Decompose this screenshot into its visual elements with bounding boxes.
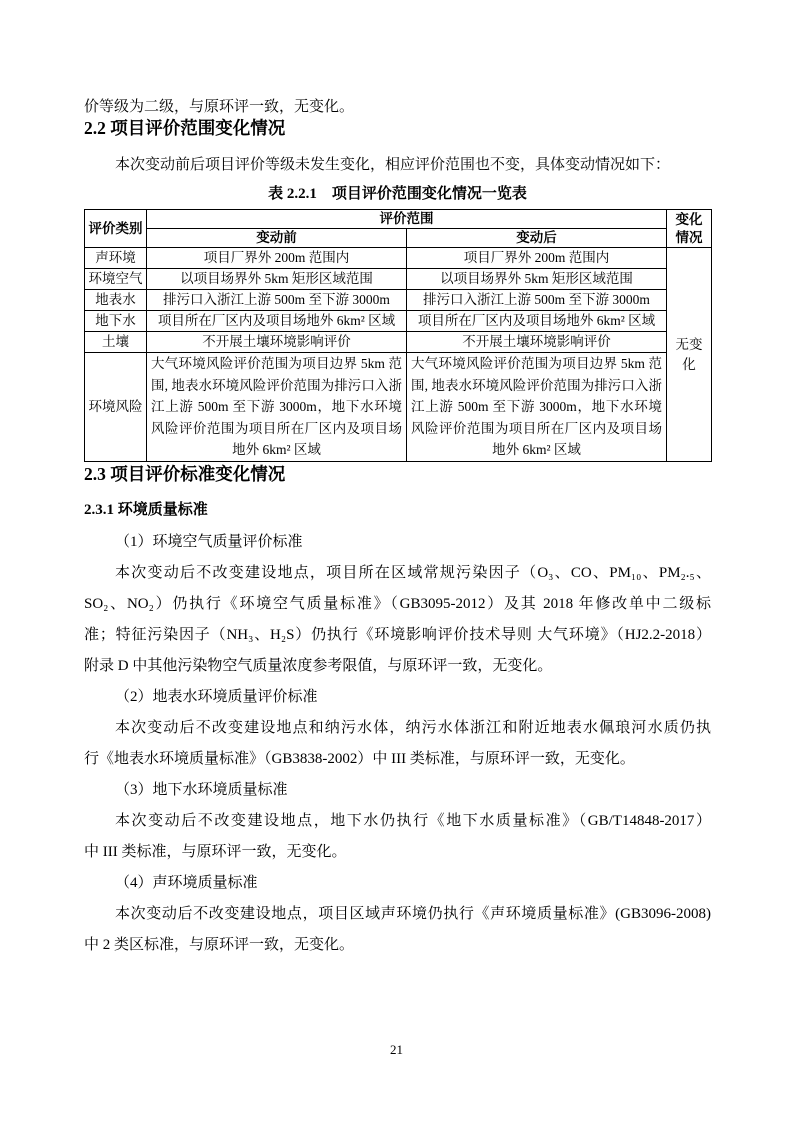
table-row: 环境空气 以项目场界外 5km 矩形区域范围 以项目场界外 5km 矩形区域范围 [85, 269, 712, 290]
standards-text-block: （1）环境空气质量评价标准 本次变动后不改变建设地点，项目所在区域常规污染因子（… [84, 527, 711, 961]
cell-after: 排污口入浙江上游 500m 至下游 3000m [407, 290, 667, 311]
cell-change-status: 无变化 [667, 248, 712, 462]
cell-before: 排污口入浙江上游 500m 至下游 3000m [147, 290, 407, 311]
col-header-change: 变化情况 [667, 210, 712, 248]
section-heading-2-3: 2.3 项目评价标准变化情况 [84, 462, 711, 486]
scope-change-table: 评价类别 评价范围 变化情况 变动前 变动后 声环境 项目厂界外 200m 范围… [84, 209, 712, 462]
table-header-row-2: 变动前 变动后 [85, 229, 712, 248]
item-3-heading: （3）地下水环境质量标准 [84, 775, 711, 806]
table-row: 声环境 项目厂界外 200m 范围内 项目厂界外 200m 范围内 无变化 [85, 248, 712, 269]
table-row: 土壤 不开展土壤环境影响评价 不开展土壤环境影响评价 [85, 332, 712, 353]
row-category: 环境空气 [85, 269, 147, 290]
item-2-heading: （2）地表水环境质量评价标准 [84, 682, 711, 713]
paragraph-line: 中 2 类区标准，与原环评一致，无变化。 [84, 930, 711, 961]
subsection-heading-2-3-1: 2.3.1 环境质量标准 [84, 498, 711, 522]
paragraph-line: 准；特征污染因子（NH₃、H₂S）仍执行《环境影响评价技术导则 大气环境》（HJ… [84, 620, 711, 651]
cell-before: 项目厂界外 200m 范围内 [147, 248, 407, 269]
paragraph-line: 本次变动后不改变建设地点，项目所在区域常规污染因子（O₃、CO、PM₁₀、PM₂… [84, 558, 711, 589]
document-page: 价等级为二级，与原环评一致，无变化。 2.2 项目评价范围变化情况 本次变动前后… [0, 0, 793, 1122]
paragraph-line: SO₂、NO₂）仍执行《环境空气质量标准》（GB3095-2012）及其 201… [84, 589, 711, 620]
carryover-paragraph-line: 价等级为二级，与原环评一致，无变化。 [84, 98, 711, 116]
col-header-category: 评价类别 [85, 210, 147, 248]
col-header-scope: 评价范围 [147, 210, 667, 229]
table-row: 地表水 排污口入浙江上游 500m 至下游 3000m 排污口入浙江上游 500… [85, 290, 712, 311]
paragraph-line: 行《地表水环境质量标准》（GB3838-2002）中 III 类标准，与原环评一… [84, 744, 711, 775]
row-category: 土壤 [85, 332, 147, 353]
paragraph-line: 本次变动后不改变建设地点，地下水仍执行《地下水质量标准》（GB/T14848-2… [84, 806, 711, 837]
item-4-heading: （4）声环境质量标准 [84, 868, 711, 899]
table-header-row-1: 评价类别 评价范围 变化情况 [85, 210, 712, 229]
col-header-after: 变动后 [407, 229, 667, 248]
row-category: 环境风险 [85, 353, 147, 462]
table-row: 地下水 项目所在厂区内及项目场地外 6km² 区域 项目所在厂区内及项目场地外 … [85, 311, 712, 332]
cell-before: 项目所在厂区内及项目场地外 6km² 区域 [147, 311, 407, 332]
table-caption: 表 2.2.1 项目评价范围变化情况一览表 [84, 185, 711, 204]
cell-before: 大气环境风险评价范围为项目边界 5km 范围, 地表水环境风险评价范围为排污口入… [147, 353, 407, 462]
cell-before: 以项目场界外 5km 矩形区域范围 [147, 269, 407, 290]
paragraph-line: 本次变动后不改变建设地点和纳污水体，纳污水体浙江和附近地表水佩琅河水质仍执 [84, 713, 711, 744]
cell-after: 以项目场界外 5km 矩形区域范围 [407, 269, 667, 290]
row-category: 地表水 [85, 290, 147, 311]
cell-after: 项目所在厂区内及项目场地外 6km² 区域 [407, 311, 667, 332]
item-1-heading: （1）环境空气质量评价标准 [84, 527, 711, 558]
cell-after: 项目厂界外 200m 范围内 [407, 248, 667, 269]
table-row: 环境风险 大气环境风险评价范围为项目边界 5km 范围, 地表水环境风险评价范围… [85, 353, 712, 462]
cell-after: 大气环境风险评价范围为项目边界 5km 范围, 地表水环境风险评价范围为排污口入… [407, 353, 667, 462]
col-header-before: 变动前 [147, 229, 407, 248]
cell-after: 不开展土壤环境影响评价 [407, 332, 667, 353]
paragraph-line: 本次变动后不改变建设地点，项目区域声环境仍执行《声环境质量标准》(GB3096-… [84, 899, 711, 930]
paragraph-line: 附录 D 中其他污染物空气质量浓度参考限值，与原环评一致，无变化。 [84, 651, 711, 682]
section-heading-2-2: 2.2 项目评价范围变化情况 [84, 116, 711, 140]
row-category: 地下水 [85, 311, 147, 332]
section-2-2-paragraph: 本次变动前后项目评价等级未发生变化，相应评价范围也不变，具体变动情况如下： [84, 155, 711, 176]
page-number: 21 [0, 1042, 793, 1058]
page-content: 价等级为二级，与原环评一致，无变化。 2.2 项目评价范围变化情况 本次变动前后… [84, 98, 711, 961]
cell-before: 不开展土壤环境影响评价 [147, 332, 407, 353]
row-category: 声环境 [85, 248, 147, 269]
paragraph-line: 中 III 类标准，与原环评一致，无变化。 [84, 837, 711, 868]
